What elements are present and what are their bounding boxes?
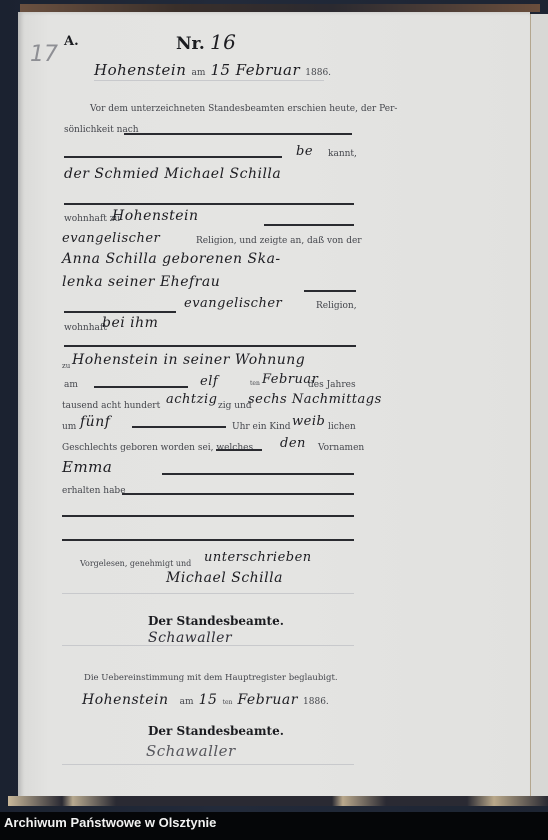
signature-line: [62, 645, 354, 646]
mother-religion-hand: evangelischer: [184, 296, 282, 311]
fill-line: [264, 224, 354, 226]
fill-line: [162, 473, 354, 475]
register-page: 17 A. Nr. 16 Hohenstein am 15 Februar 18…: [18, 12, 530, 800]
cert-official-signature: Schawaller: [146, 742, 236, 760]
fill-line: [132, 426, 226, 428]
body-line-12-am: am: [64, 380, 78, 390]
archive-caption: Archiwum Państwowe w Olsztynie: [4, 815, 216, 830]
declarant-signature: Michael Schilla: [166, 570, 283, 586]
official-signature: Schawaller: [148, 630, 232, 646]
header-am: am: [191, 68, 205, 78]
cert-place: Hohenstein: [82, 692, 169, 708]
child-name-hand: Emma: [62, 458, 112, 476]
form-letter: A.: [64, 34, 79, 49]
body-line-15-print: Geschlechts geboren worden sei, welches: [62, 443, 253, 453]
birth-time-hand: sechs Nachmittags: [248, 392, 382, 407]
body-line-9-print: Religion,: [316, 301, 357, 311]
body-line-14-print: Uhr ein Kind: [232, 422, 291, 432]
cert-month: Februar: [237, 692, 297, 708]
body-line-17-print: erhalten habe: [62, 486, 126, 496]
fill-line: [64, 345, 356, 347]
fill-line: [62, 515, 354, 517]
closing-print: Vorgelesen, genehmigt und: [80, 559, 191, 568]
body-line-15-hand: den: [280, 436, 306, 451]
cert-year: 1886.: [303, 697, 329, 707]
body-line-12-ten: ten: [250, 380, 260, 387]
next-page-edge: [530, 14, 548, 800]
cert-ten: ten: [223, 699, 233, 706]
body-line-11-print: zu: [62, 362, 70, 370]
signature-line: [62, 593, 354, 594]
body-line-12-end: des Jahres: [308, 380, 356, 390]
birth-hour-hand: fünf: [80, 414, 110, 430]
body-line-6-print: Religion, und zeigte an, daß von der: [196, 236, 362, 246]
header-month: Februar: [236, 61, 301, 79]
section-divider: [62, 539, 354, 541]
religion-hand: evangelischer: [62, 231, 160, 246]
header-day: 15: [210, 61, 230, 79]
residence-hand: Hohenstein: [112, 208, 199, 224]
entry-number: Nr. 16: [176, 30, 236, 54]
cover-edge-bottom: [8, 796, 548, 806]
body-line-13-zig: zig und: [218, 401, 252, 411]
certification-date-line: Hohenstein am 15 ten Februar 1886.: [82, 689, 329, 708]
certification-text: Die Uebereinstimmung mit dem Hauptregist…: [84, 673, 338, 683]
birth-place-hand: Hohenstein in seiner Wohnung: [72, 352, 305, 368]
fill-line: [64, 203, 354, 205]
number-value: 16: [210, 30, 236, 54]
mother-name: Anna Schilla geborenen Ska-: [62, 251, 281, 267]
body-line-3-hand: be: [296, 144, 313, 159]
cover-edge-top: [20, 4, 540, 12]
cert-day: 15: [199, 692, 218, 708]
header-underline: [94, 80, 324, 81]
header-date-line: Hohenstein am 15 Februar 1886.: [94, 60, 331, 79]
body-line-15-end: Vornamen: [318, 443, 364, 453]
official-title: Der Standesbeamte.: [148, 614, 284, 628]
margin-number: 17: [30, 42, 58, 67]
cert-official-title: Der Standesbeamte.: [148, 724, 284, 738]
fill-line: [124, 133, 352, 135]
mother-name-cont: lenka seiner Ehefrau: [62, 274, 220, 290]
fill-line: [64, 311, 176, 313]
header-year: 1886.: [305, 68, 331, 78]
mother-residence-hand: bei ihm: [102, 315, 158, 331]
child-sex-hand: weib: [292, 414, 325, 429]
closing-hand: unterschrieben: [204, 550, 312, 565]
body-line-13-print: tausend acht hundert: [62, 401, 160, 411]
body-line-1: Vor dem unterzeichneten Standesbeamten e…: [90, 104, 397, 114]
fill-line: [64, 156, 282, 158]
body-line-14-um: um: [62, 422, 76, 432]
number-label: Nr.: [176, 34, 205, 54]
fill-line: [94, 386, 188, 388]
fill-line: [304, 290, 356, 292]
birth-year-hand: achtzig: [166, 392, 217, 407]
body-line-14-end: lichen: [328, 422, 356, 432]
fill-line: [216, 449, 262, 451]
signature-line: [62, 764, 354, 765]
birth-day-hand: elf: [200, 374, 218, 389]
cert-am: am: [180, 697, 194, 707]
header-place: Hohenstein: [94, 61, 186, 79]
body-line-3-print: kannt,: [328, 149, 357, 159]
fill-line: [122, 493, 354, 495]
body-line-10-print: wohnhaft: [64, 323, 107, 333]
declarant-name: der Schmied Michael Schilla: [64, 166, 281, 182]
